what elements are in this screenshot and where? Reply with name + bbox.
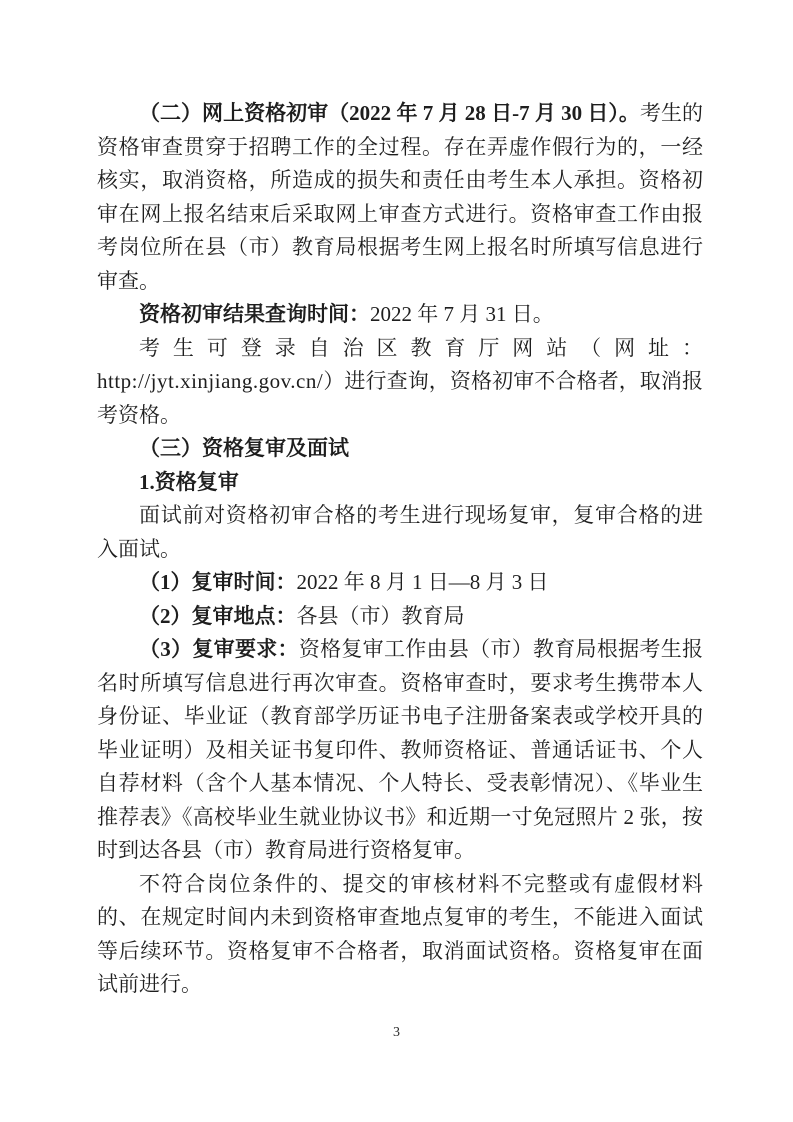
paragraph-result-query-time: 资格初审结果查询时间：2022 年 7 月 31 日。 xyxy=(97,298,703,332)
label-recheck-time: （1）复审时间： xyxy=(139,570,297,594)
paragraph-recheck-requirements: （3）复审要求：资格复审工作由县（市）教育局根据考生报名时所填写信息进行再次审查… xyxy=(97,633,703,868)
paragraph-text: 资格复审工作由县（市）教育局根据考生报名时所填写信息进行再次审查。资格审查时，要… xyxy=(97,637,703,862)
paragraph-text: 考生可登录自治区教育厅网站（网址： xyxy=(139,336,703,360)
heading-subsection-one: 1.资格复审 xyxy=(97,466,703,500)
paragraph-recheck-time: （1）复审时间：2022 年 8 月 1 日—8 月 3 日 xyxy=(97,566,703,600)
label-recheck-location: （2）复审地点： xyxy=(139,604,297,628)
label-recheck-requirements: （3）复审要求： xyxy=(139,637,299,661)
paragraph-text: 2022 年 8 月 1 日—8 月 3 日 xyxy=(297,570,549,594)
url-text: http://jyt.xinjiang.gov.cn/ xyxy=(97,369,323,393)
page-number: 3 xyxy=(0,1024,793,1042)
heading-section-three: （三）资格复审及面试 xyxy=(97,432,703,466)
paragraph-text: 考生的资格审查贯穿于招聘工作的全过程。存在弄虚作假行为的，一经核实，取消资格，所… xyxy=(97,101,703,293)
heading-online-preliminary-review: （二）网上资格初审（2022 年 7 月 28 日-7 月 30 日）。 xyxy=(139,101,640,125)
label-result-query-time: 资格初审结果查询时间： xyxy=(139,302,370,326)
paragraph-text: 各县（市）教育局 xyxy=(297,604,465,628)
paragraph-text: 2022 年 7 月 31 日。 xyxy=(370,302,554,326)
heading-review-and-interview: （三）资格复审及面试 xyxy=(139,436,349,460)
heading-qualification-recheck: 1.资格复审 xyxy=(139,470,239,494)
paragraph-text: 不符合岗位条件的、提交的审核材料不完整或有虚假材料的、在规定时间内未到资格审查地… xyxy=(97,872,703,997)
paragraph-recheck-intro: 面试前对资格初审合格的考生进行现场复审，复审合格的进入面试。 xyxy=(97,499,703,566)
document-body: （二）网上资格初审（2022 年 7 月 28 日-7 月 30 日）。考生的资… xyxy=(97,97,703,1002)
paragraph-online-preliminary-review: （二）网上资格初审（2022 年 7 月 28 日-7 月 30 日）。考生的资… xyxy=(97,97,703,298)
document-page: （二）网上资格初审（2022 年 7 月 28 日-7 月 30 日）。考生的资… xyxy=(0,0,793,1122)
paragraph-recheck-location: （2）复审地点：各县（市）教育局 xyxy=(97,600,703,634)
paragraph-disqualification-rules: 不符合岗位条件的、提交的审核材料不完整或有虚假材料的、在规定时间内未到资格审查地… xyxy=(97,868,703,1002)
paragraph-text: 面试前对资格初审合格的考生进行现场复审，复审合格的进入面试。 xyxy=(97,503,703,561)
paragraph-query-website: 考生可登录自治区教育厅网站（网址：http://jyt.xinjiang.gov… xyxy=(97,332,703,433)
